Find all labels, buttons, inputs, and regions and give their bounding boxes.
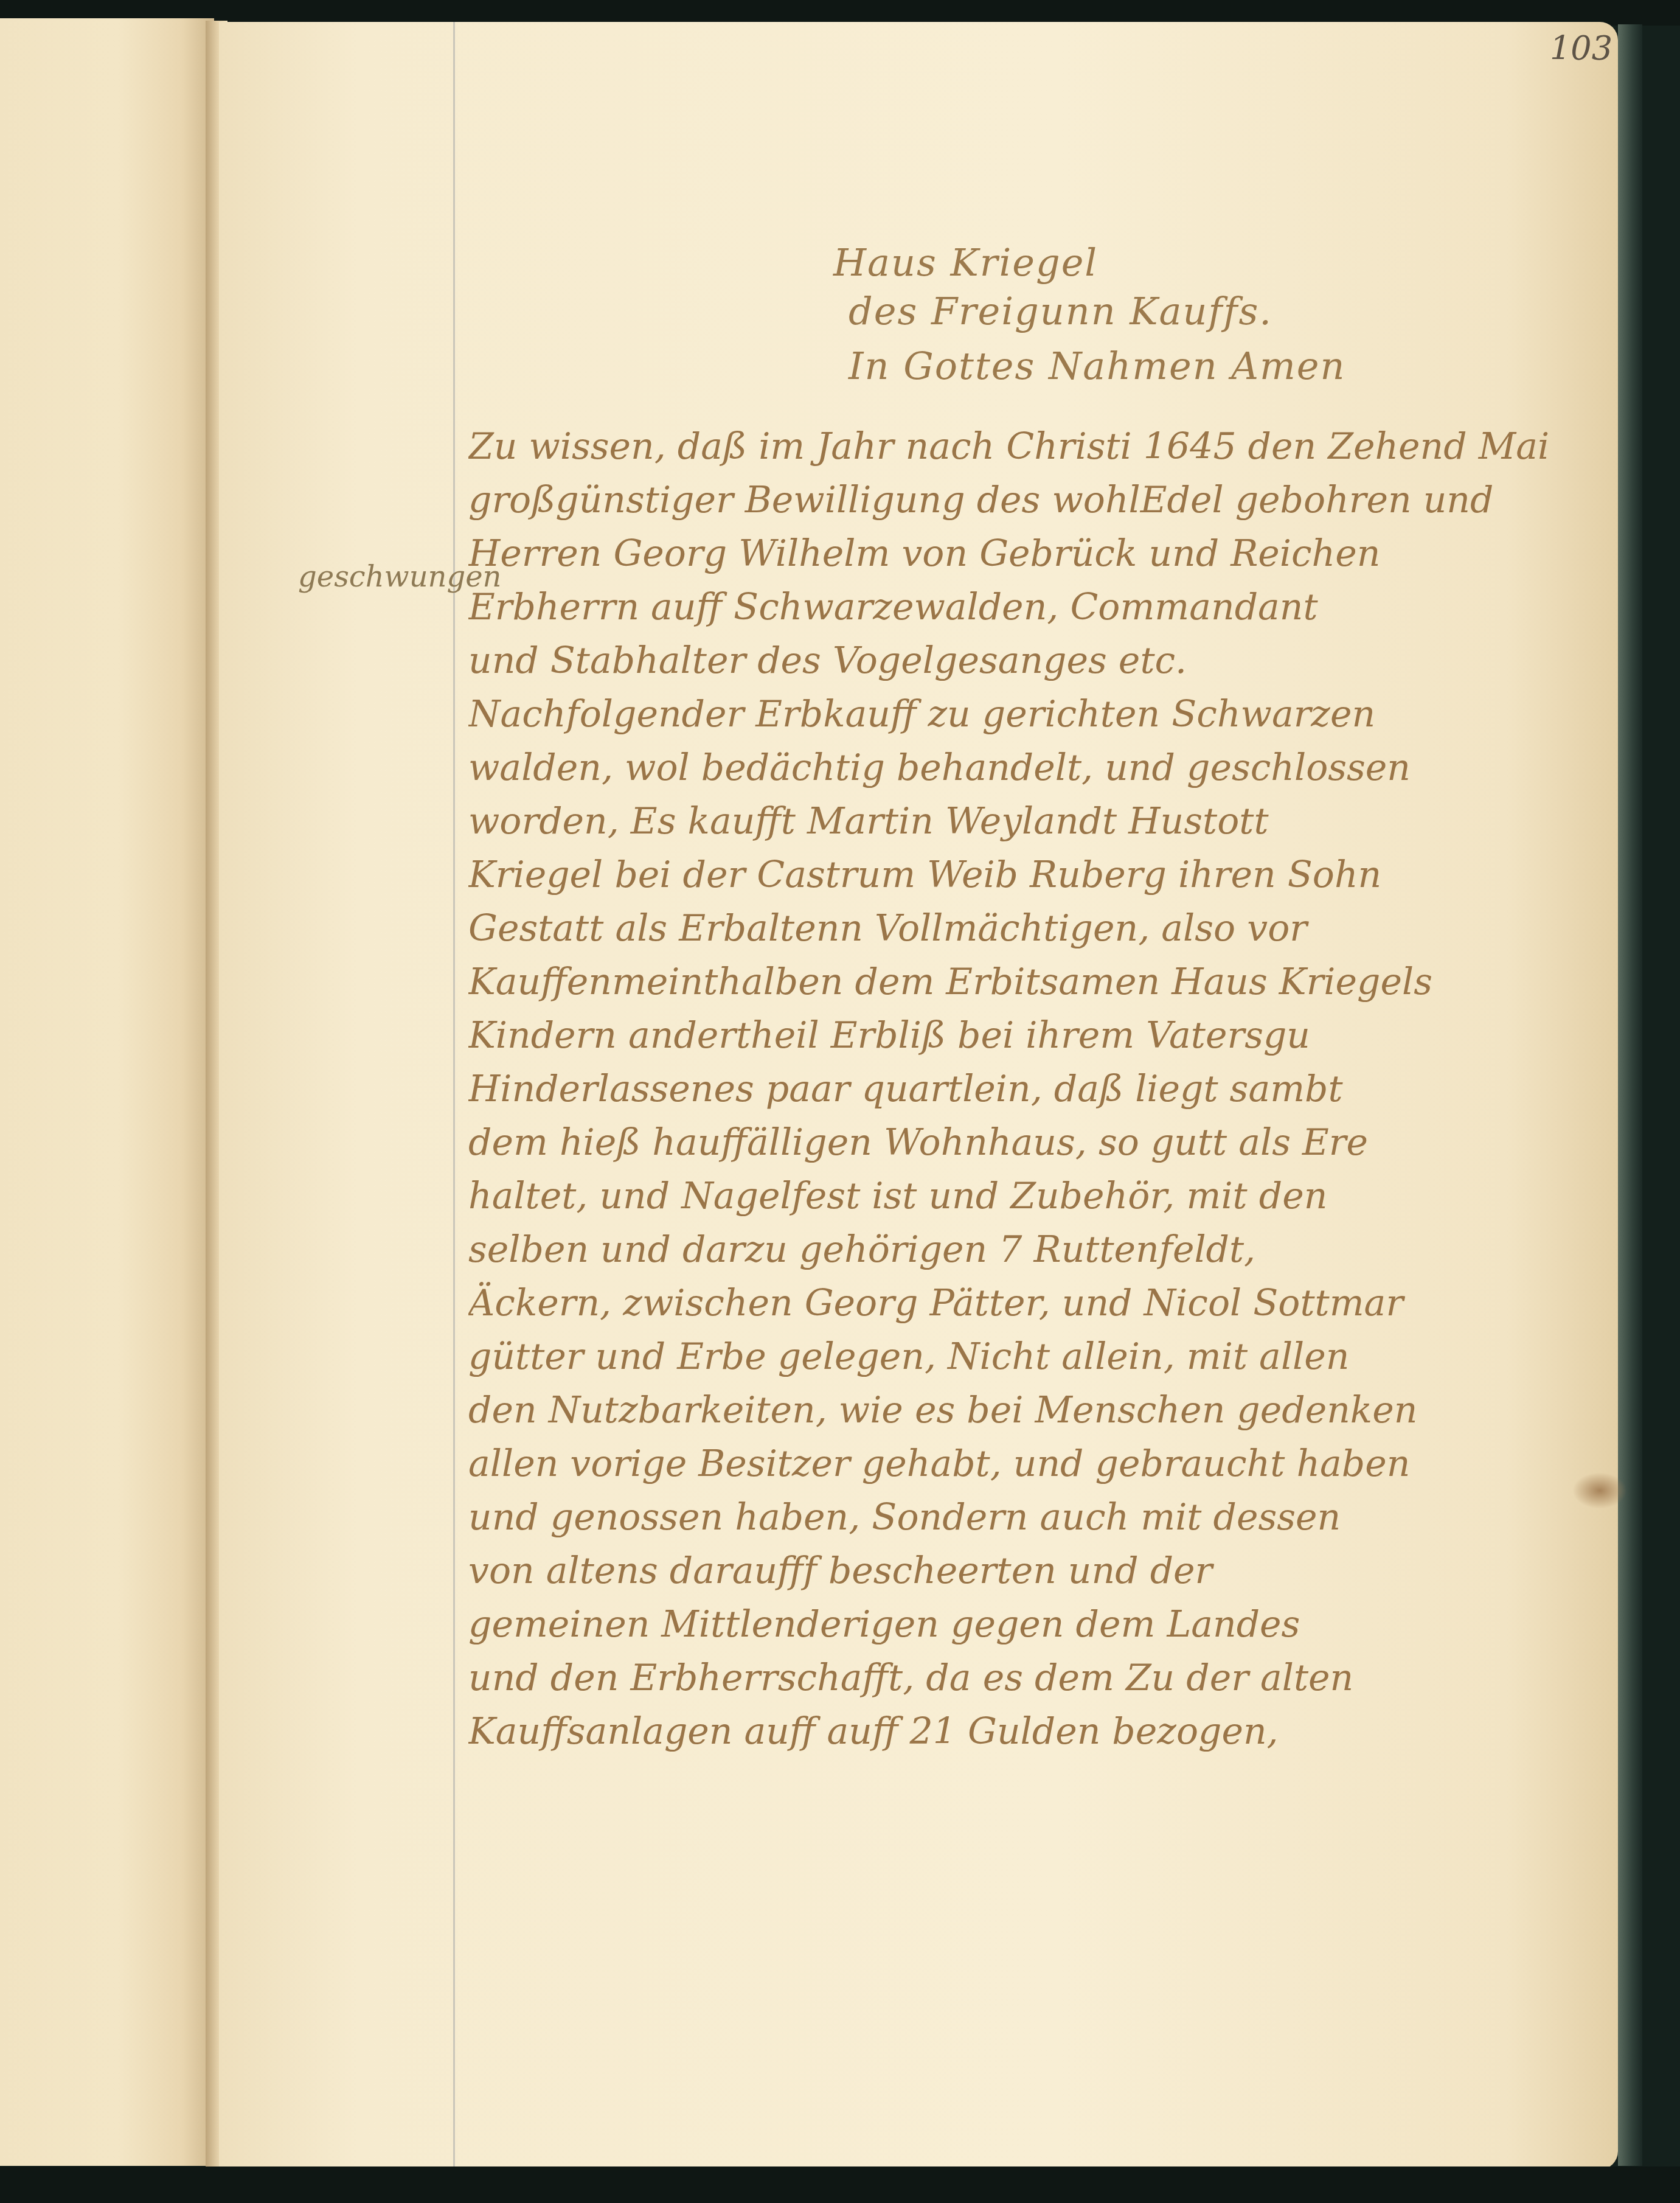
text-line: Kauffenmeinthalben dem Erbitsamen Haus K… — [468, 955, 1630, 1009]
facing-left-page — [0, 18, 214, 2166]
margin-rule-line — [453, 22, 455, 2170]
text-line: und Stabhalter des Vogelgesanges etc. — [468, 634, 1630, 687]
text-line: dem hieß hauffälligen Wohnhaus, so gutt … — [468, 1116, 1630, 1169]
text-line: Nachfolgender Erbkauff zu gerichten Schw… — [468, 687, 1630, 741]
text-line: gütter und Erbe gelegen, Nicht allein, m… — [468, 1330, 1630, 1383]
text-line: Hinderlassenes paar quartlein, daß liegt… — [468, 1062, 1630, 1116]
text-line: Äckern, zwischen Georg Pätter, und Nicol… — [468, 1276, 1630, 1330]
text-line: haltet, und Nagelfest ist und Zubehör, m… — [468, 1169, 1630, 1223]
text-line: Herren Georg Wilhelm von Gebrück und Rei… — [468, 527, 1630, 580]
text-line: walden, wol bedächtig behandelt, und ges… — [468, 741, 1630, 795]
text-line: und den Erbherrschafft, da es dem Zu der… — [468, 1651, 1630, 1705]
text-line: selben und darzu gehörigen 7 Ruttenfeldt… — [468, 1223, 1630, 1276]
page-number: 103 — [1550, 29, 1612, 68]
text-line: Zu wissen, daß im Jahr nach Christi 1645… — [468, 420, 1630, 473]
text-line: großgünstiger Bewilligung des wohlEdel g… — [468, 473, 1630, 527]
text-line: von altens daraufff bescheerten und der — [468, 1544, 1630, 1598]
manuscript-body: Zu wissen, daß im Jahr nach Christi 1645… — [468, 420, 1630, 1758]
heading-invocation: In Gottes Nahmen Amen — [849, 344, 1345, 388]
text-line: Kindern andertheil Erbliß bei ihrem Vate… — [468, 1009, 1630, 1062]
text-line: Kriegel bei der Castrum Weib Ruberg ihre… — [468, 848, 1630, 902]
heading-subtitle: des Freigunn Kauffs. — [849, 289, 1272, 333]
text-line: Kauffsanlagen auff auff 21 Gulden bezoge… — [468, 1705, 1630, 1758]
text-line: allen vorige Besitzer gehabt, und gebrau… — [468, 1437, 1630, 1491]
text-line: Gestatt als Erbaltenn Vollmächtigen, als… — [468, 902, 1630, 955]
text-line: und genossen haben, Sondern auch mit des… — [468, 1491, 1630, 1544]
text-line: gemeinen Mittlenderigen gegen dem Landes — [468, 1598, 1630, 1651]
text-line: den Nutzbarkeiten, wie es bei Menschen g… — [468, 1383, 1630, 1437]
text-line: worden, Es kaufft Martin Weylandt Hustot… — [468, 795, 1630, 848]
ink-blot — [1572, 1472, 1627, 1509]
scan-background-bottom — [0, 2166, 1680, 2203]
heading-title: Haus Kriegel — [833, 240, 1098, 285]
text-line: Erbherrn auff Schwarzewalden, Commandant — [468, 580, 1630, 634]
